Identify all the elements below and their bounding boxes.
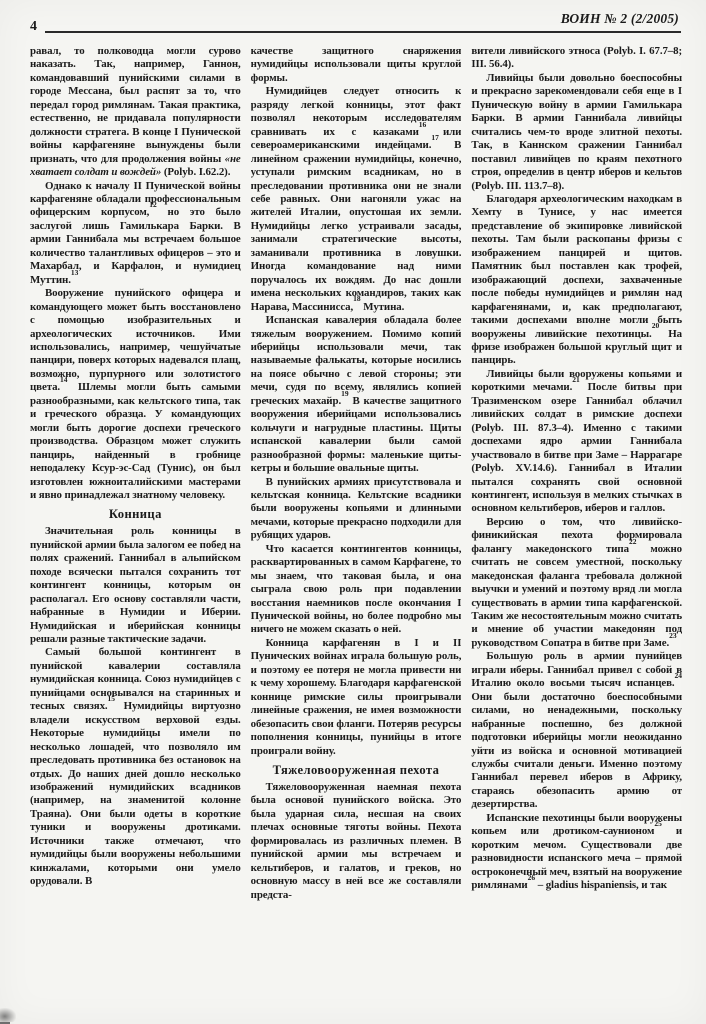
column-3: вители ливийского этноса (Polyb. I. 67.7… [471, 45, 682, 1016]
paragraph: Самый большой контингент в пунийской кав… [30, 646, 241, 888]
column-2: качестве защитного снаряжения нумидийцы … [251, 45, 462, 1016]
paragraph: вители ливийского этноса (Polyb. I. 67.7… [471, 45, 682, 72]
section-heading: Тяжеловооруженная пехота [251, 763, 462, 777]
paragraph: Вооружение пунийского офицера и командую… [30, 287, 241, 502]
paragraph: Ливийцы были вооружены копьями и коротки… [471, 368, 682, 516]
header-rule [45, 31, 681, 33]
paragraph: Тяжеловооруженная наемная пехота была ос… [251, 781, 462, 902]
paragraph: Значительная роль конницы в пунийской ар… [30, 525, 241, 646]
paragraph: качестве защитного снаряжения нумидийцы … [251, 45, 462, 85]
paragraph: Большую роль в армии пунийцев играли ибе… [471, 650, 682, 811]
paragraph: Благодаря археологическим находкам в Хем… [471, 193, 682, 368]
paragraph: Конница карфагенян в I и II Пунических в… [251, 637, 462, 758]
section-heading: Конница [30, 507, 241, 521]
paragraph: В пунийских армиях присутствовала и кель… [251, 476, 462, 543]
journal-title: ВОИН № 2 (2/2005) [561, 11, 679, 27]
scan-smudge [0, 1008, 16, 1022]
column-1: равал, то полководца могли сурово наказа… [30, 45, 241, 1016]
page-header: 4 ВОИН № 2 (2/2005) [0, 0, 706, 44]
paragraph: Испанская кавалерия обладала более тяжел… [251, 314, 462, 475]
paragraph: Испанские пехотинцы были вооружены копье… [471, 812, 682, 893]
page-number: 4 [30, 19, 37, 35]
paragraph: Ливийцы были довольно боеспособны и прек… [471, 72, 682, 193]
scanned-journal-page: 4 ВОИН № 2 (2/2005) равал, то полководца… [0, 0, 706, 1024]
paragraph: Что касается контингентов конницы, раскв… [251, 543, 462, 637]
paragraph: Однако к началу II Пунической войны карф… [30, 180, 241, 288]
article-body: равал, то полководца могли сурово наказа… [30, 45, 682, 1016]
paragraph: Версию о том, что ливийско-финикийская п… [471, 516, 682, 651]
paragraph: Нумидийцев следует относить к разряду ле… [251, 85, 462, 314]
paragraph: равал, то полководца могли сурово наказа… [30, 45, 241, 180]
